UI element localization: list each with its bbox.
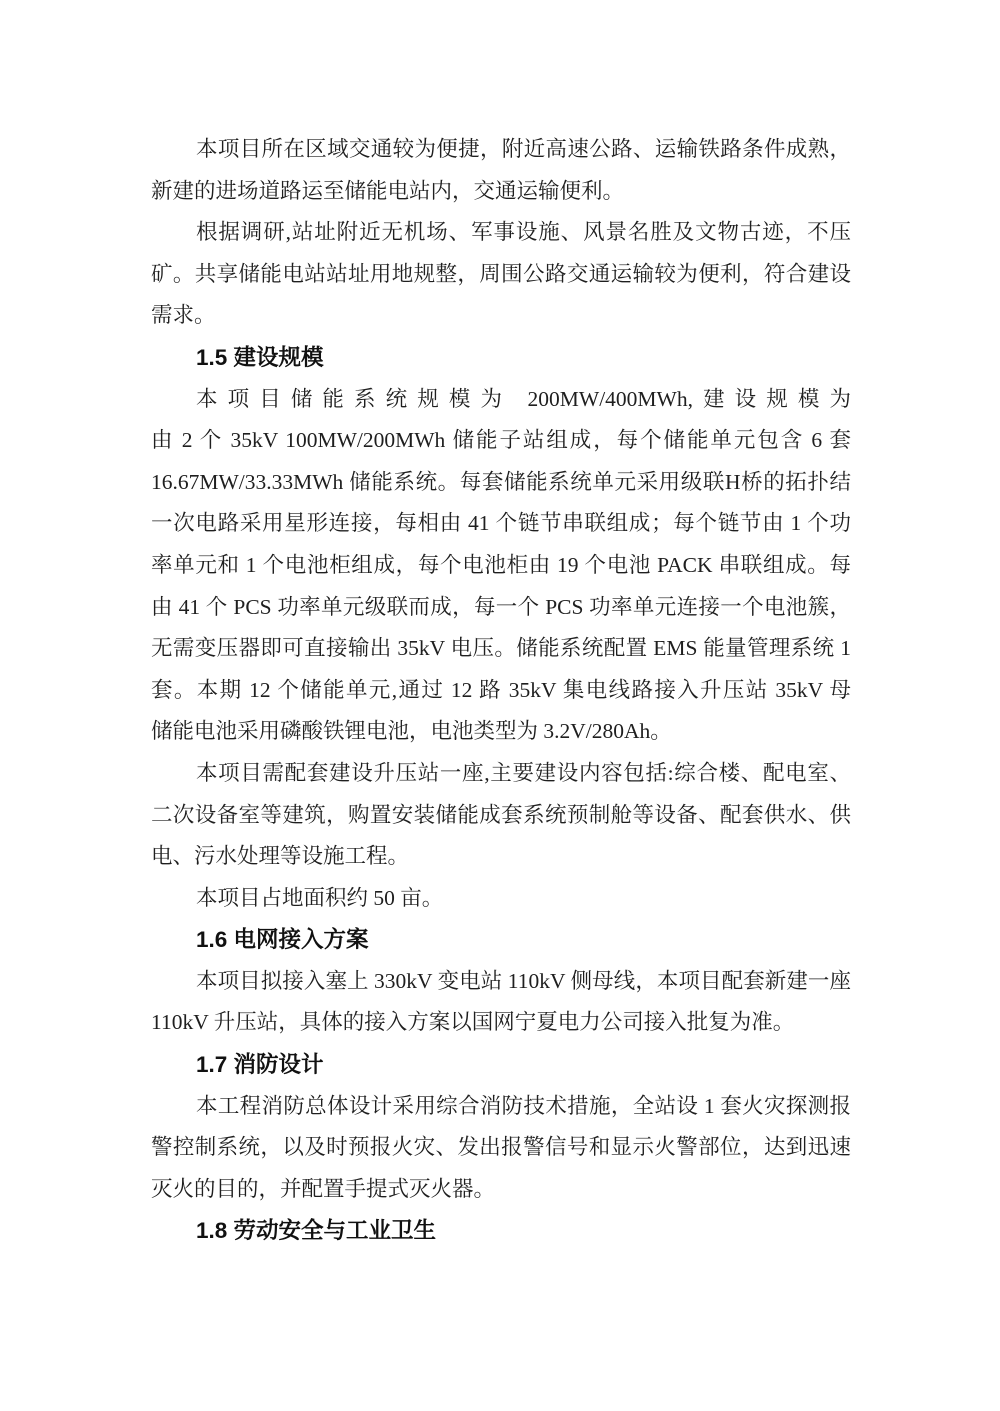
text-line: 本项目占地面积约 50 亩。 — [151, 878, 851, 920]
section-heading: 1.5 建设规模 — [151, 337, 851, 379]
text-line: 本项目储能系统规模为 200MW/400MWh,建设规模为 200MW/400M… — [151, 379, 851, 421]
section-heading: 1.7 消防设计 — [151, 1044, 851, 1086]
text-line: 二次设备室等建筑，购置安装储能成套系统预制舱等设备、配套供水、供 — [151, 795, 851, 837]
section-heading: 1.8 劳动安全与工业卫生 — [151, 1210, 851, 1252]
paragraph: 本工程消防总体设计采用综合消防技术措施，全站设 1 套火灾探测报警控制系统，以及… — [151, 1086, 851, 1211]
text-line: 需求。 — [151, 295, 851, 337]
text-line: 新建的进场道路运至储能电站内，交通运输便利。 — [151, 171, 851, 213]
paragraph: 本项目需配套建设升压站一座,主要建设内容包括:综合楼、配电室、二次设备室等建筑，… — [151, 753, 851, 878]
text-line: 110kV 升压站，具体的接入方案以国网宁夏电力公司接入批复为准。 — [151, 1002, 851, 1044]
text-line: 储能电池采用磷酸铁锂电池，电池类型为 3.2V/280Ah。 — [151, 711, 851, 753]
text-line: 由 41 个 PCS 功率单元级联而成，每一个 PCS 功率单元连接一个电池簇， — [151, 587, 851, 629]
text-line: 本项目拟接入塞上 330kV 变电站 110kV 侧母线，本项目配套新建一座 — [151, 961, 851, 1003]
text-line: 无需变压器即可直接输出 35kV 电压。储能系统配置 EMS 能量管理系统 1 — [151, 628, 851, 670]
text-line: 电、污水处理等设施工程。 — [151, 836, 851, 878]
text-line: 本项目所在区域交通较为便捷，附近高速公路、运输铁路条件成熟， — [151, 129, 851, 171]
paragraph: 本项目占地面积约 50 亩。 — [151, 878, 851, 920]
paragraph: 根据调研,站址附近无机场、军事设施、风景名胜及文物古迹，不压矿。共享储能电站站址… — [151, 212, 851, 337]
text-line: 由 2 个 35kV 100MW/200MWh 储能子站组成，每个储能单元包含 … — [151, 420, 851, 462]
text-line: 矿。共享储能电站站址用地规整，周围公路交通运输较为便利，符合建设 — [151, 254, 851, 296]
section-heading: 1.6 电网接入方案 — [151, 919, 851, 961]
text-line: 套。本期 12 个储能单元,通过 12 路 35kV 集电线路接入升压站 35k… — [151, 670, 851, 712]
text-line: 本项目需配套建设升压站一座,主要建设内容包括:综合楼、配电室、 — [151, 753, 851, 795]
paragraph: 本项目拟接入塞上 330kV 变电站 110kV 侧母线，本项目配套新建一座11… — [151, 961, 851, 1044]
text-line: 灭火的目的，并配置手提式灭火器。 — [151, 1169, 851, 1211]
text-line: 警控制系统，以及时预报火灾、发出报警信号和显示火警部位，达到迅速 — [151, 1127, 851, 1169]
document-page: 本项目所在区域交通较为便捷，附近高速公路、运输铁路条件成熟，新建的进场道路运至储… — [0, 0, 1000, 1411]
text-line: 本工程消防总体设计采用综合消防技术措施，全站设 1 套火灾探测报 — [151, 1086, 851, 1128]
text-line: 一次电路采用星形连接，每相由 41 个链节串联组成；每个链节由 1 个功 — [151, 503, 851, 545]
paragraph: 本项目所在区域交通较为便捷，附近高速公路、运输铁路条件成熟，新建的进场道路运至储… — [151, 129, 851, 212]
text-line: 16.67MW/33.33MWh 储能系统。每套储能系统单元采用级联H桥的拓扑结… — [151, 462, 851, 504]
text-line: 率单元和 1 个电池柜组成，每个电池柜由 19 个电池 PACK 串联组成。每相 — [151, 545, 851, 587]
document-content: 本项目所在区域交通较为便捷，附近高速公路、运输铁路条件成熟，新建的进场道路运至储… — [151, 129, 851, 1252]
paragraph: 本项目储能系统规模为 200MW/400MWh,建设规模为 200MW/400M… — [151, 379, 851, 753]
text-line: 根据调研,站址附近无机场、军事设施、风景名胜及文物古迹，不压 — [151, 212, 851, 254]
